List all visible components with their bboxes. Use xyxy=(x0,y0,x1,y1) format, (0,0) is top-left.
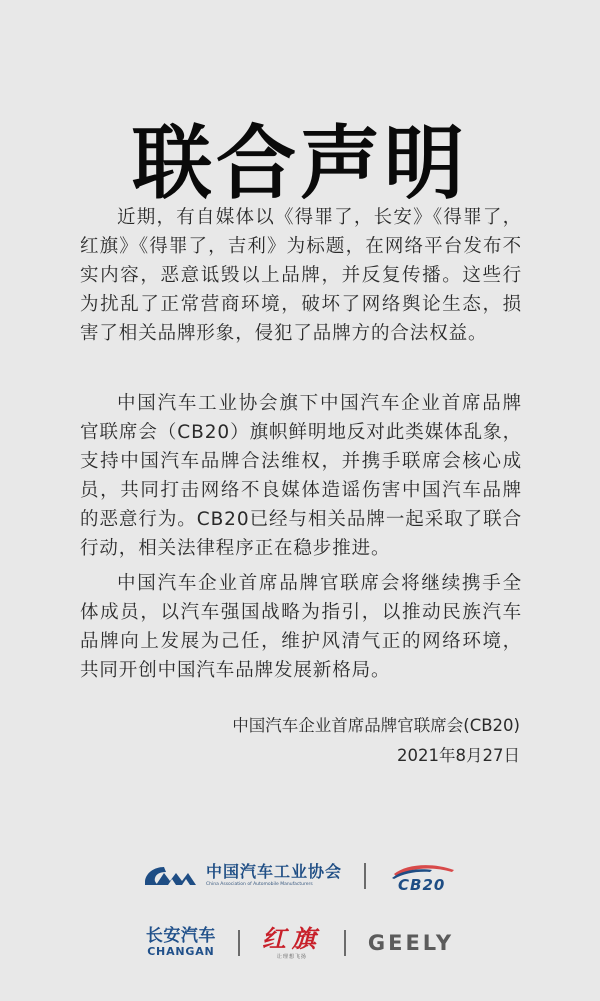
logos-row-brands: 长安汽车 CHANGAN 红旗 让理想飞扬 GEELY xyxy=(0,920,600,965)
cb20-logo-icon: CB20 xyxy=(388,860,458,892)
paragraph-2: 中国汽车工业协会旗下中国汽车企业首席品牌官联席会（CB20）旗帜鲜明地反对此类媒… xyxy=(80,389,522,563)
hongqi-logo: 红旗 让理想飞扬 xyxy=(262,925,322,961)
statement-title: 联合声明 xyxy=(0,116,600,212)
hongqi-name-cn: 红旗 xyxy=(262,925,322,953)
signature-organization: 中国汽车企业首席品牌官联席会(CB20) xyxy=(232,714,520,738)
logos-row-associations: 中国汽车工业协会 China Association of Automobile… xyxy=(0,855,600,897)
paragraph-3: 中国汽车企业首席品牌官联席会将继续携手全体成员，以汽车强国战略为指引，以推动民族… xyxy=(80,569,522,685)
signature-date: 2021年8月27日 xyxy=(397,744,520,768)
paragraph-1: 近期，有自媒体以《得罪了，长安》《得罪了，红旗》《得罪了，吉利》为标题，在网络平… xyxy=(80,203,522,348)
caam-logo: 中国汽车工业协会 China Association of Automobile… xyxy=(142,863,342,889)
changan-name-en: CHANGAN xyxy=(147,946,214,958)
logo-divider xyxy=(364,863,366,889)
logo-divider xyxy=(238,930,240,956)
caam-name-cn: 中国汽车工业协会 xyxy=(206,863,342,881)
logo-divider xyxy=(344,930,346,956)
geely-logo: GEELY xyxy=(368,931,454,955)
hongqi-tagline: 让理想飞扬 xyxy=(277,953,307,961)
caam-cm-logo-icon xyxy=(142,863,200,889)
svg-text:CB20: CB20 xyxy=(398,876,445,892)
changan-name-cn: 长安汽车 xyxy=(146,927,216,946)
caam-name-en: China Association of Automobile Manufact… xyxy=(206,881,342,889)
changan-logo: 长安汽车 CHANGAN xyxy=(146,927,216,958)
